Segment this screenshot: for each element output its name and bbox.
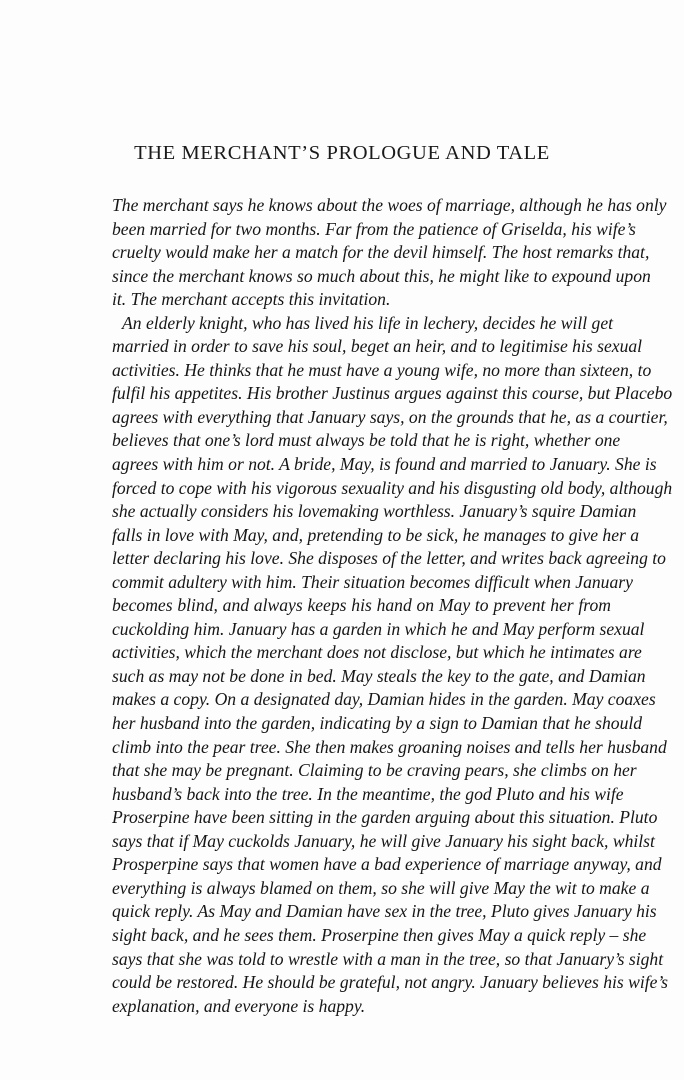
chapter-body: The merchant says he knows about the woe… <box>112 194 611 1018</box>
text-line: Prosperpine says that women have a bad e… <box>112 853 611 877</box>
text-line: letter declaring his love. She disposes … <box>112 547 611 571</box>
text-line: everything is always blamed on them, so … <box>112 877 611 901</box>
text-line: she actually considers his lovemaking wo… <box>112 500 611 524</box>
chapter-title: THE MERCHANT’S PROLOGUE AND TALE <box>0 142 684 165</box>
text-line: commit adultery with him. Their situatio… <box>112 571 611 595</box>
text-line: activities. He thinks that he must have … <box>112 359 611 383</box>
text-line: sight back, and he sees them. Proserpine… <box>112 924 611 948</box>
text-line: believes that one’s lord must always be … <box>112 429 611 453</box>
text-line: that she may be pregnant. Claiming to be… <box>112 759 611 783</box>
paragraph-prologue: The merchant says he knows about the woe… <box>112 194 611 312</box>
text-line: such as may not be done in bed. May stea… <box>112 665 611 689</box>
text-line: The merchant says he knows about the woe… <box>112 194 611 218</box>
book-page: THE MERCHANT’S PROLOGUE AND TALE The mer… <box>0 0 684 1080</box>
text-line: says that she was told to wrestle with a… <box>112 948 611 972</box>
text-line: married in order to save his soul, beget… <box>112 335 611 359</box>
text-line: quick reply. As May and Damian have sex … <box>112 900 611 924</box>
text-line: falls in love with May, and, pretending … <box>112 524 611 548</box>
text-line: agrees with everything that January says… <box>112 406 611 430</box>
text-line: been married for two months. Far from th… <box>112 218 611 242</box>
text-line: her husband into the garden, indicating … <box>112 712 611 736</box>
paragraph-tale: An elderly knight, who has lived his lif… <box>112 312 611 1018</box>
text-line: could be restored. He should be grateful… <box>112 971 611 995</box>
text-line: activities, which the merchant does not … <box>112 641 611 665</box>
text-line: forced to cope with his vigorous sexuali… <box>112 477 611 501</box>
text-line: climb into the pear tree. She then makes… <box>112 736 611 760</box>
text-line: fulfil his appetites. His brother Justin… <box>112 382 611 406</box>
text-line: becomes blind, and always keeps his hand… <box>112 594 611 618</box>
text-line: since the merchant knows so much about t… <box>112 265 611 289</box>
text-line: explanation, and everyone is happy. <box>112 995 611 1019</box>
text-line: Proserpine have been sitting in the gard… <box>112 806 611 830</box>
text-line: cuckolding him. January has a garden in … <box>112 618 611 642</box>
text-line: cruelty would make her a match for the d… <box>112 241 611 265</box>
text-line: An elderly knight, who has lived his lif… <box>112 312 611 336</box>
text-line: says that if May cuckolds January, he wi… <box>112 830 611 854</box>
text-line: husband’s back into the tree. In the mea… <box>112 783 611 807</box>
text-line: makes a copy. On a designated day, Damia… <box>112 688 611 712</box>
text-line: agrees with him or not. A bride, May, is… <box>112 453 611 477</box>
text-line: it. The merchant accepts this invitation… <box>112 288 611 312</box>
